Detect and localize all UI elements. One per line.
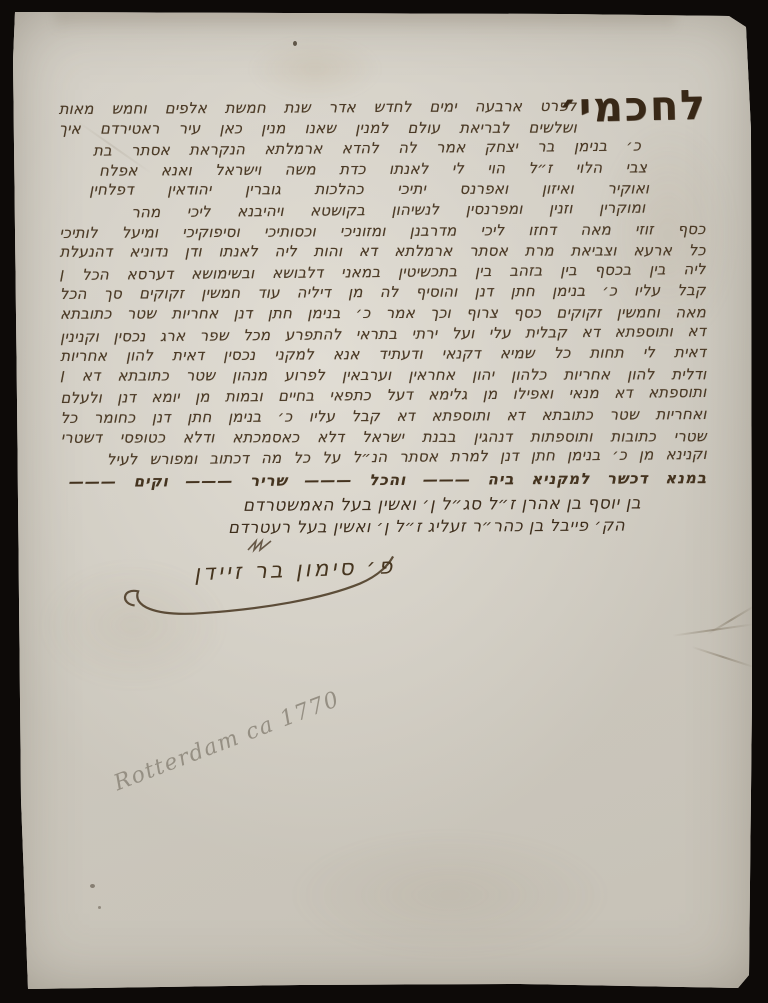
stain — [250, 38, 380, 100]
manuscript-text-block: לחכמי׳ לפרט ארבעה ימים לחדש אדר שנת חמשת… — [59, 95, 708, 540]
witness-signature-2: הק׳ פייבל בן כהר״ר זעליג ז״ל ן׳ ואשין בע… — [61, 514, 707, 540]
pencil-inscription: Rotterdam ca 1770 — [111, 687, 344, 796]
additional-signature: פ׳ סימון בר זיידן — [111, 546, 413, 624]
ink-speck — [98, 906, 101, 909]
crease-line — [707, 605, 756, 635]
stain — [55, 10, 675, 32]
ink-speck — [90, 884, 95, 888]
manuscript-paper: לחכמי׳ לפרט ארבעה ימים לחדש אדר שנת חמשת… — [0, 0, 768, 1003]
stain — [290, 830, 610, 960]
crease-line — [691, 646, 754, 668]
ink-speck — [293, 41, 297, 46]
closing-flourish-line: במנא דכשר למקניא ביה ——— והכל ——— שריר —… — [61, 468, 707, 493]
photo-background: { "manuscript": { "header_word": "לחכמי׳… — [0, 0, 768, 1003]
